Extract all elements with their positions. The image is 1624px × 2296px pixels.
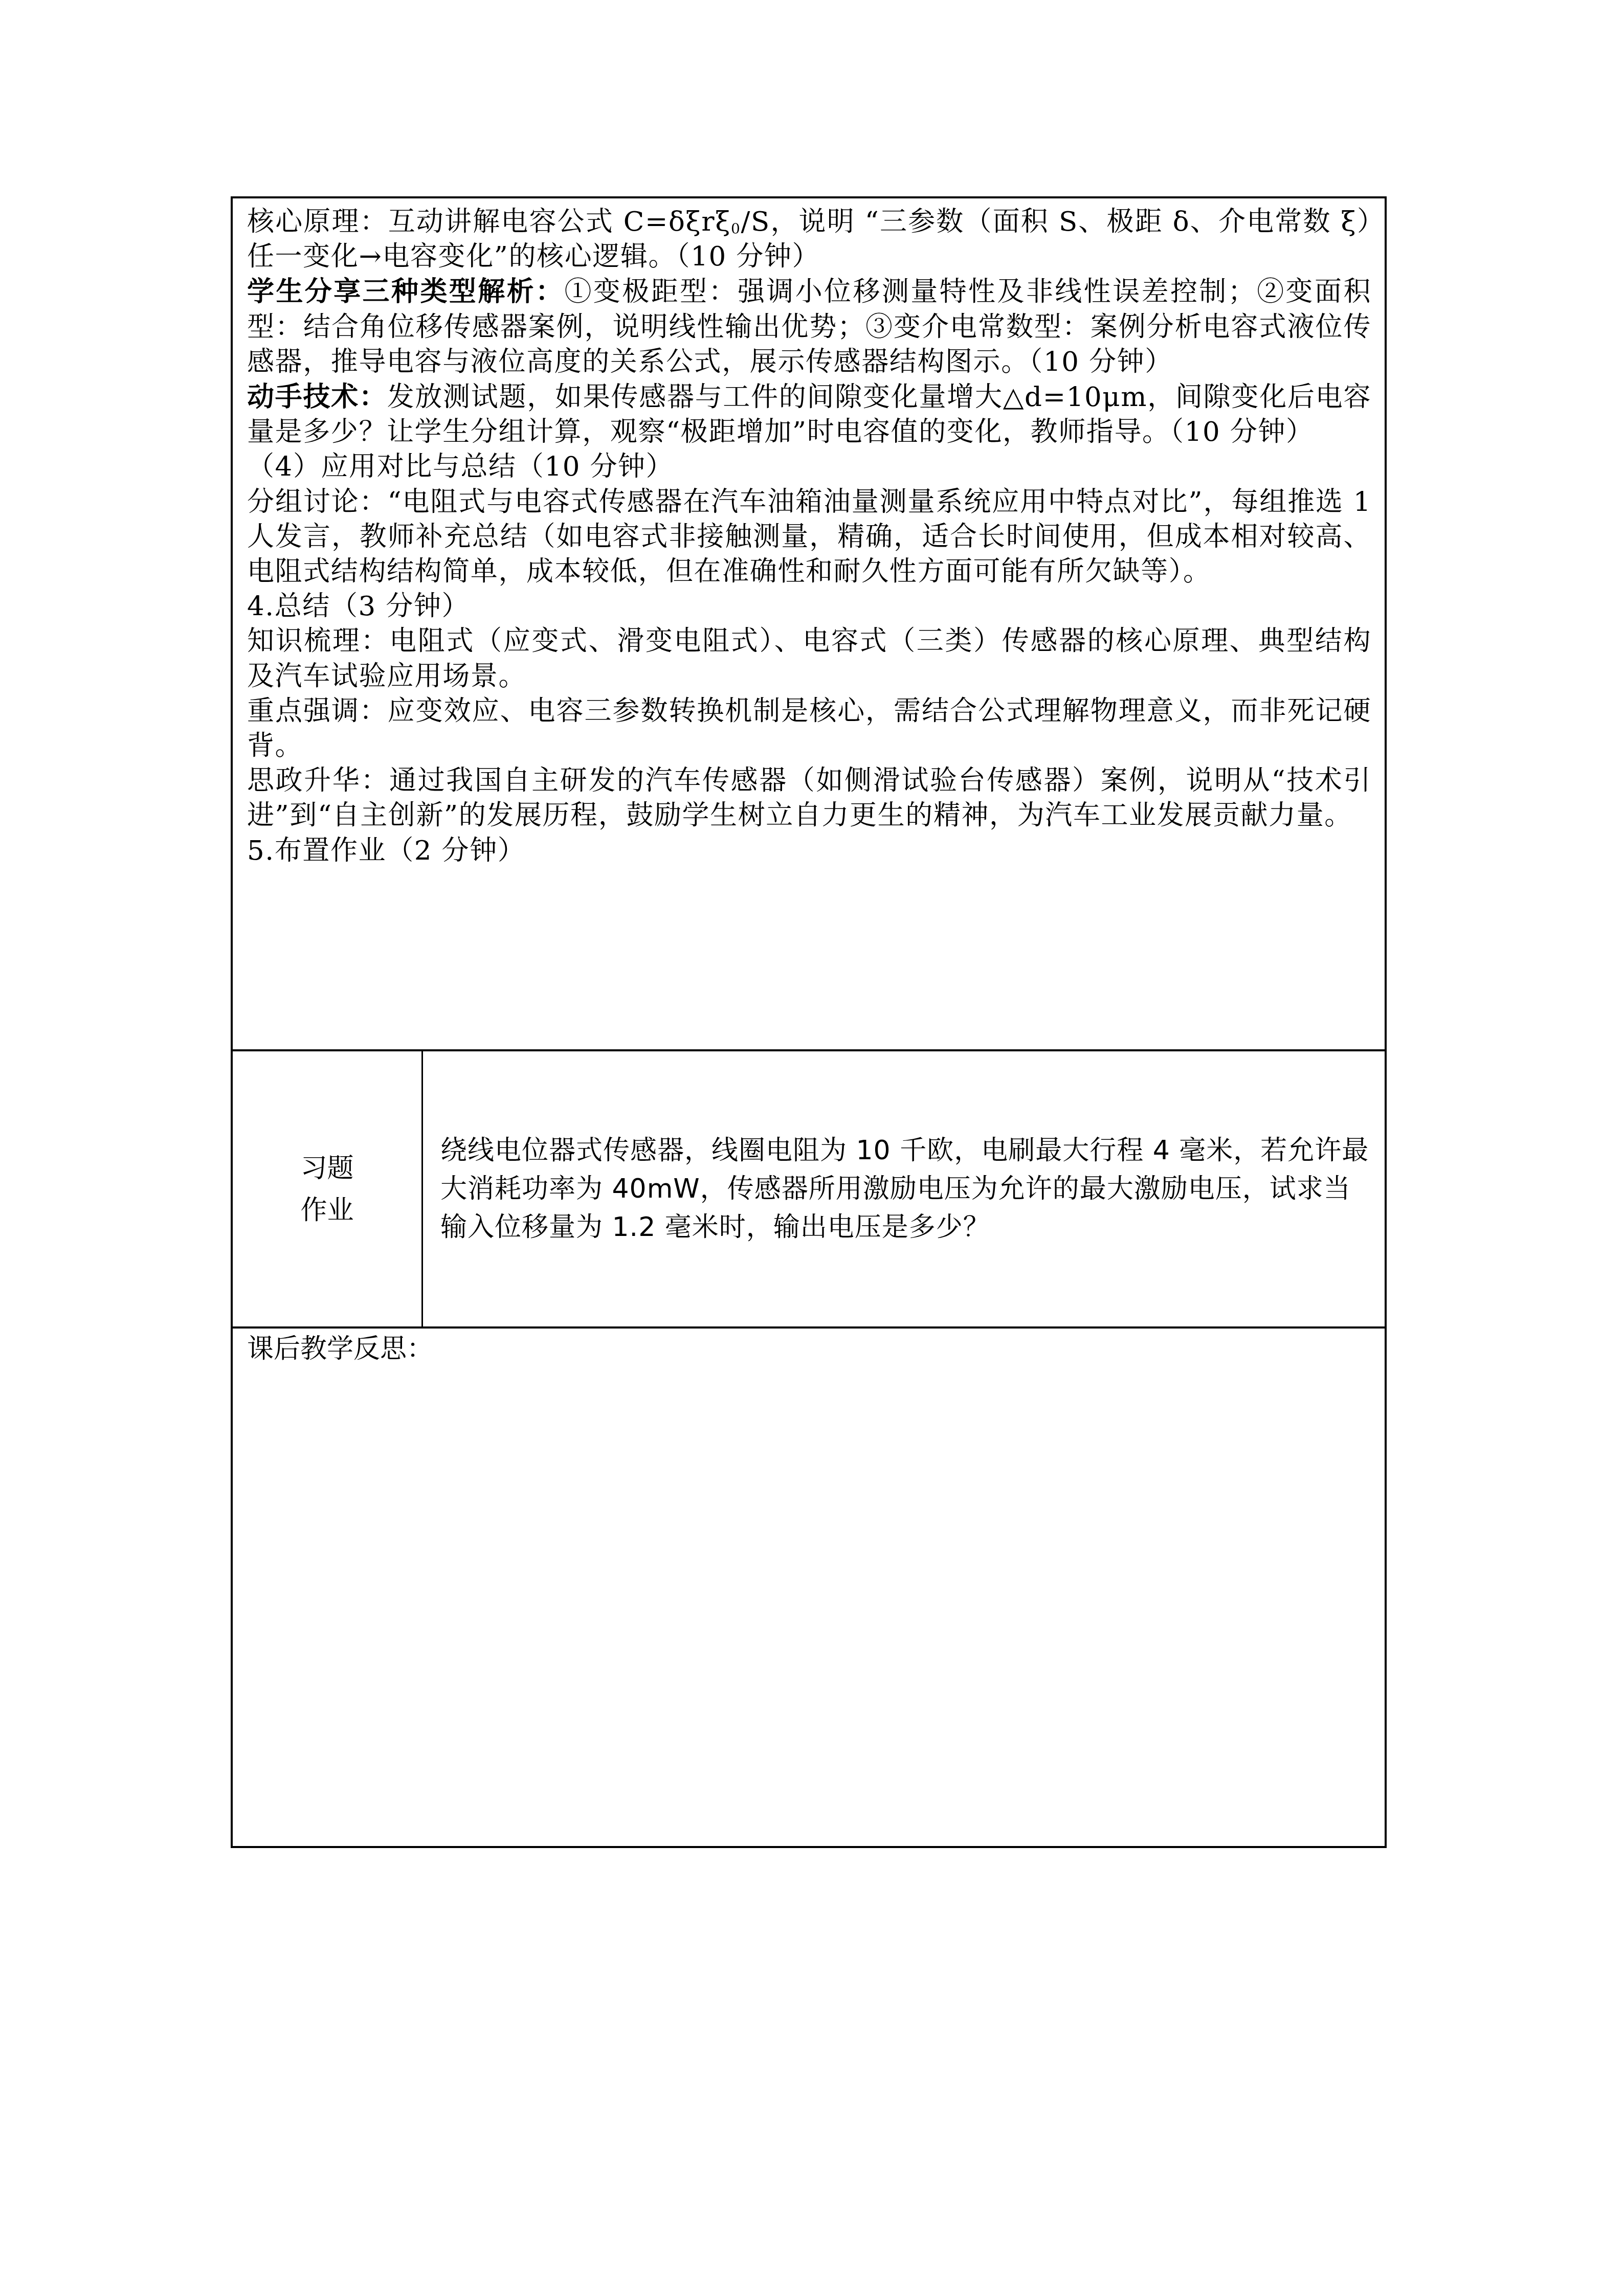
paragraph-student-share: 学生分享三种类型解析：①变极距型：强调小位移测量特性及非线性误差控制；②变面积型…	[247, 274, 1371, 379]
homework-heading-text: 5.布置作业（2 分钟）	[247, 835, 525, 866]
ideology-text: 思政升华：通过我国自主研发的汽车传感器（如侧滑试验台传感器）案例，说明从“技术引…	[247, 765, 1371, 831]
paragraph-key-emphasis: 重点强调：应变效应、电容三参数转换机制是核心，需结合公式理解物理意义，而非死记硬…	[247, 694, 1371, 763]
paragraph-group-discussion: 分组讨论：“电阻式与电容式传感器在汽车油箱油量测量系统应用中特点对比”，每组推选…	[247, 485, 1371, 590]
reflection-label: 课后教学反思：	[247, 1334, 433, 1364]
lesson-plan-table: 核心原理：互动讲解电容公式 C=δξrξ0/S，说明 “三参数（面积 S、极距 …	[231, 196, 1387, 1848]
teaching-process-cell: 核心原理：互动讲解电容公式 C=δξrξ0/S，说明 “三参数（面积 S、极距 …	[233, 198, 1385, 1051]
paragraph-knowledge-review: 知识梳理：电阻式（应变式、滑变电阻式）、电容式（三类）传感器的核心原理、典型结构…	[247, 624, 1371, 693]
homework-label-line2: 作业	[300, 1189, 353, 1231]
homework-label-cell: 习题 作业	[233, 1051, 423, 1327]
paragraph-ideology: 思政升华：通过我国自主研发的汽车传感器（如侧滑试验台传感器）案例，说明从“技术引…	[247, 763, 1371, 833]
key-emphasis-text: 重点强调：应变效应、电容三参数转换机制是核心，需结合公式理解物理意义，而非死记硬…	[247, 695, 1371, 761]
homework-content-cell: 绕线电位器式传感器，线圈电阻为 10 千欧，电刷最大行程 4 毫米，若允许最大消…	[423, 1051, 1385, 1327]
paragraph-hands-on: 动手技术：发放测试题，如果传感器与工件的间隙变化量增大△d=10μm，间隙变化后…	[247, 379, 1371, 449]
core-principle-text: 核心原理：互动讲解电容公式 C=δξrξ	[247, 206, 731, 237]
application-heading-text: （4）应用对比与总结（10 分钟）	[247, 451, 674, 482]
reflection-cell: 课后教学反思：	[233, 1329, 1385, 1846]
paragraph-application-heading: （4）应用对比与总结（10 分钟）	[247, 449, 1371, 484]
summary-heading-text: 4.总结（3 分钟）	[247, 591, 470, 622]
homework-question-text: 绕线电位器式传感器，线圈电阻为 10 千欧，电刷最大行程 4 毫米，若允许最大消…	[440, 1132, 1371, 1247]
knowledge-review-text: 知识梳理：电阻式（应变式、滑变电阻式）、电容式（三类）传感器的核心原理、典型结构…	[247, 625, 1371, 691]
epsilon-zero-subscript: 0	[731, 220, 741, 237]
paragraph-homework-heading: 5.布置作业（2 分钟）	[247, 834, 1371, 868]
group-discussion-text: 分组讨论：“电阻式与电容式传感器在汽车油箱油量测量系统应用中特点对比”，每组推选…	[247, 486, 1371, 587]
hands-on-text: 发放测试题，如果传感器与工件的间隙变化量增大△d=10μm，间隙变化后电容量是多…	[247, 381, 1371, 447]
paragraph-summary-heading: 4.总结（3 分钟）	[247, 589, 1371, 624]
paragraph-core-principle: 核心原理：互动讲解电容公式 C=δξrξ0/S，说明 “三参数（面积 S、极距 …	[247, 205, 1371, 274]
student-share-label: 学生分享三种类型解析：	[247, 276, 564, 307]
homework-label-line1: 习题	[300, 1147, 353, 1189]
homework-row: 习题 作业 绕线电位器式传感器，线圈电阻为 10 千欧，电刷最大行程 4 毫米，…	[233, 1051, 1385, 1327]
hands-on-label: 动手技术：	[247, 381, 387, 413]
